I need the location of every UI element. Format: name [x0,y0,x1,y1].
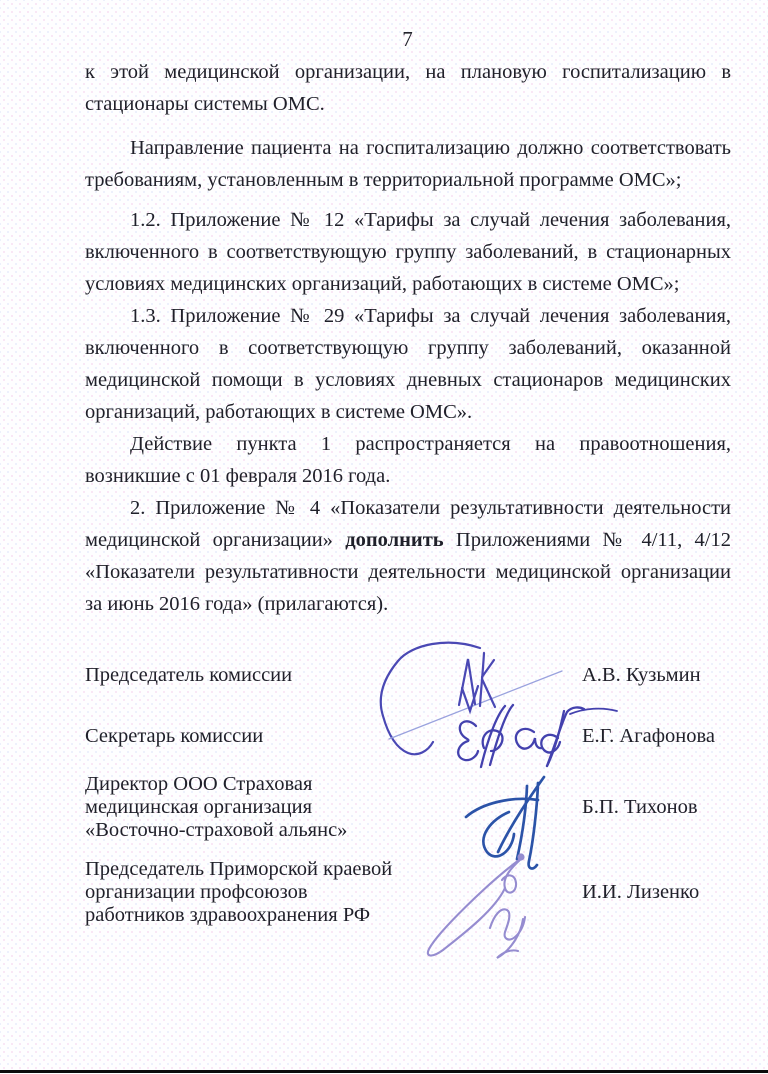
signatory-role: Председатель Приморской краевой организа… [85,858,582,927]
scan-edge-line [0,1070,768,1073]
signatory-name: И.И. Лизенко [582,881,699,904]
signatory-role: Председатель комиссии [85,664,582,687]
signatory-row-secretary: Секретарь комиссии Е.Г. Агафонова [85,725,731,748]
signatory-name: А.В. Кузьмин [582,664,701,687]
signatory-row-union-chairman: Председатель Приморской краевой организа… [85,858,731,927]
paragraph-continuation: к этой медицинской организации, на плано… [85,56,731,120]
paragraph-item-1-2: 1.2. Приложение № 12 «Тарифы за случай л… [85,204,731,300]
signature-block: Председатель комиссии А.В. Кузьмин Секре… [85,664,731,927]
signatory-row-director: Директор ООО Страховая медицинская орган… [85,773,731,842]
signatory-name: Б.П. Тихонов [582,796,698,819]
page-number: 7 [85,27,730,52]
signatory-name: Е.Г. Агафонова [582,725,715,748]
paragraph-item-2: 2. Приложение № 4 «Показатели результати… [85,492,731,620]
signatory-role: Директор ООО Страховая медицинская орган… [85,773,582,842]
signatory-role: Секретарь комиссии [85,725,582,748]
paragraph-direction: Направление пациента на госпитализацию д… [85,132,731,196]
paragraph-item-1-3: 1.3. Приложение № 29 «Тарифы за случай л… [85,300,731,428]
signatory-row-chairman: Председатель комиссии А.В. Кузьмин [85,664,731,687]
document-body: к этой медицинской организации, на плано… [85,56,731,620]
paragraph-effective-date: Действие пункта 1 распространяется на пр… [85,428,731,492]
paragraph-item-2-bold-word: дополнить [345,529,443,551]
